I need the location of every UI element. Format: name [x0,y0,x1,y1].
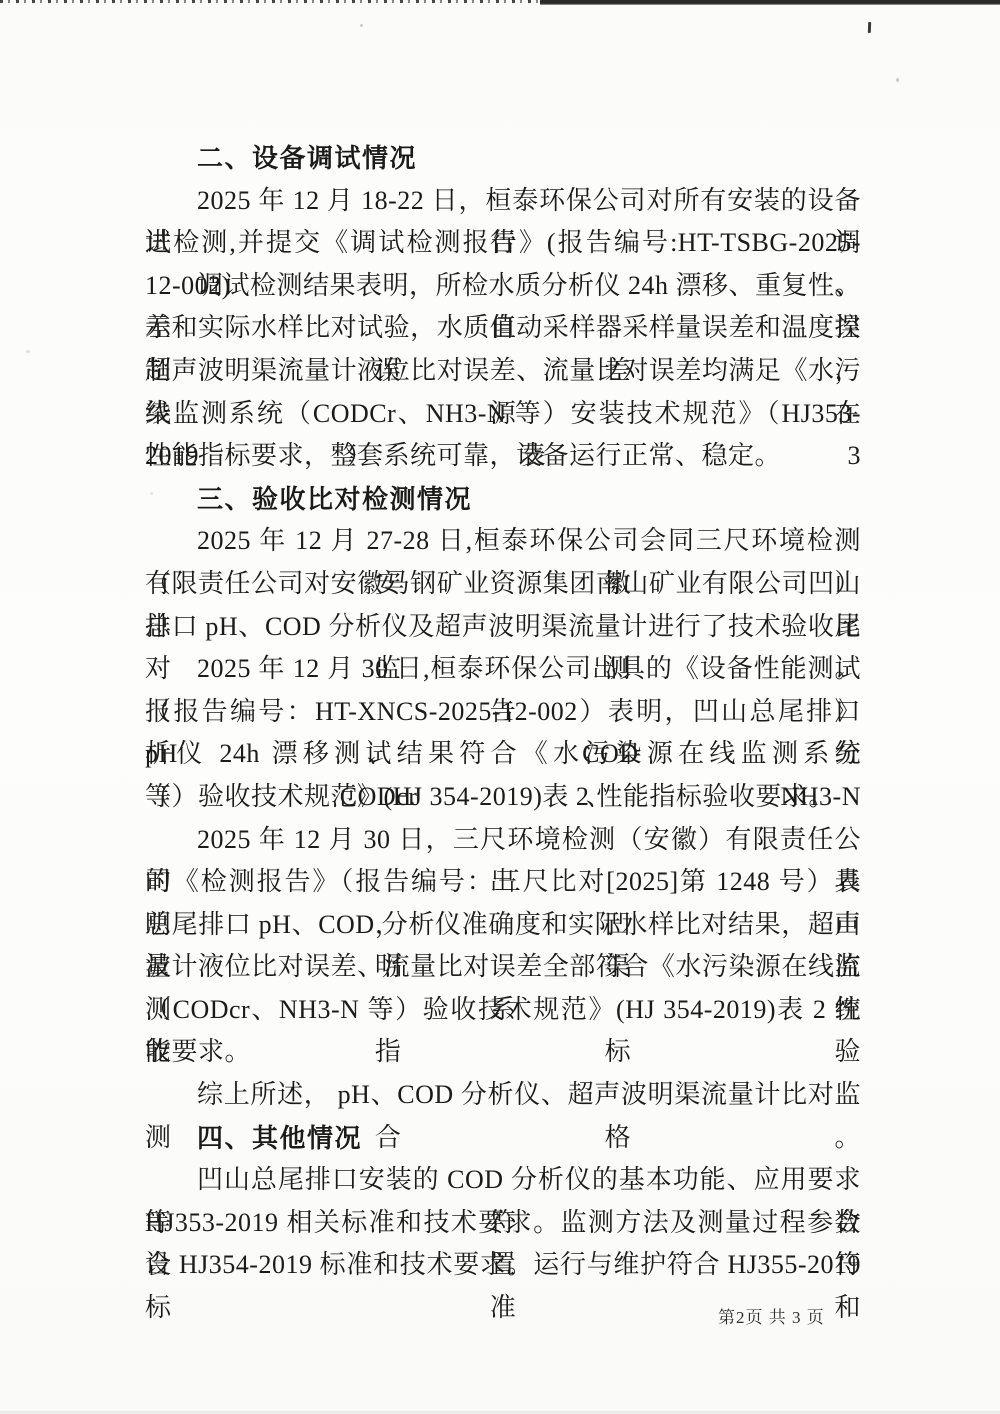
scan-mark [868,22,871,33]
text-line: 2025 年 12 月 30 日,桓泰环保公司出具的《设备性能测试报告》 [145,648,861,691]
text-line: 2025 年 12 月 30 日，三尺环境检测（安徽）有限责任公司出具 [145,819,861,862]
text-line: HJ353-2019 相关标准和技术要求。监测方法及测量过程参数设置符 [145,1202,861,1245]
text-line: 试检测,并提交《调试检测报告》(报告编号:HT-TSBG-2025-12-002… [145,222,861,265]
text-line: （报告编号：HT-XNCS-2025-12-002）表明，凹山总尾排口 pH、C… [145,691,861,734]
text-line: 的《检测报告》（报告编号：三尺比对[2025]第 1248 号）表明，凹山 [145,861,861,904]
text-line: （CODcr、NH3-N 等）验收技术规范》(HJ 354-2019)表 2 性… [145,989,861,1032]
page-number: 第2页 共 3 页 [718,1303,825,1328]
scanned-document-page: 二、设备调试情况 2025 年 12 月 18-22 日，桓泰环保公司对所有安装… [0,0,1000,1414]
text-line: 调试检测结果表明，所检水质分析仪 24h 漂移、重复性、示值误 [145,265,861,308]
text-line: 等）验收技术规范》(HJ 354-2019)表 2 性能指标验收要求。 [145,776,861,819]
scan-edge-artifact-top-left [0,0,560,3]
text-line: 超声波明渠流量计液位比对误差、流量比对误差均满足《水污染源在 [145,350,861,393]
scan-speck [360,24,363,27]
text-line: 综上所述， pH、COD 分析仪、超声波明渠流量计比对监测合格。 [145,1074,861,1117]
text-line: 量计液位比对误差、流量比对误差全部符合《水污染源在线监测系统 [145,946,861,989]
text-line: 凹山总尾排口安装的 COD 分析仪的基本功能、应用要求等符合 [145,1159,861,1202]
scan-edge-artifact-top-right [540,0,1000,5]
document-body: 二、设备调试情况 2025 年 12 月 18-22 日，桓泰环保公司对所有安装… [145,137,861,1287]
text-line: 2025 年 12 月 18-22 日，桓泰环保公司对所有安装的设备进行调 [145,180,861,223]
text-line: 有限责任公司对安徽马钢矿业资源集团南山矿业有限公司凹山总尾 [145,563,861,606]
scan-speck [896,78,899,82]
heading-section-3: 三、验收比对检测情况 [145,478,861,521]
text-line: 析仪 24h 漂移测试结果符合《水污染源在线监测系统（CODcr、NH3-N [145,733,861,776]
text-line: 差和实际水样比对试验，水质自动采样器采样量误差和温度控制误差， [145,307,861,350]
text-line: 合 HJ354-2019 标准和技术要求。运行与维护符合 HJ355-2019 … [145,1244,861,1287]
text-line: 性能指标要求，整套系统可靠，设备运行正常、稳定。 [145,435,861,478]
text-line: 排口 pH、COD 分析仪及超声波明渠流量计进行了技术验收比对监测。 [145,606,861,649]
text-line: 线监测系统（CODCr、NH3-N 等）安装技术规范》（HJ353-2019）表… [145,393,861,436]
heading-section-2: 二、设备调试情况 [145,137,861,180]
scan-speck [26,350,30,353]
text-line: 总尾排口 pH、COD 分析仪准确度和实际水样比对结果，超声波明渠流 [145,904,861,947]
text-line: 2025 年 12 月 27-28 日,桓泰环保公司会同三尺环境检测（安徽） [145,520,861,563]
